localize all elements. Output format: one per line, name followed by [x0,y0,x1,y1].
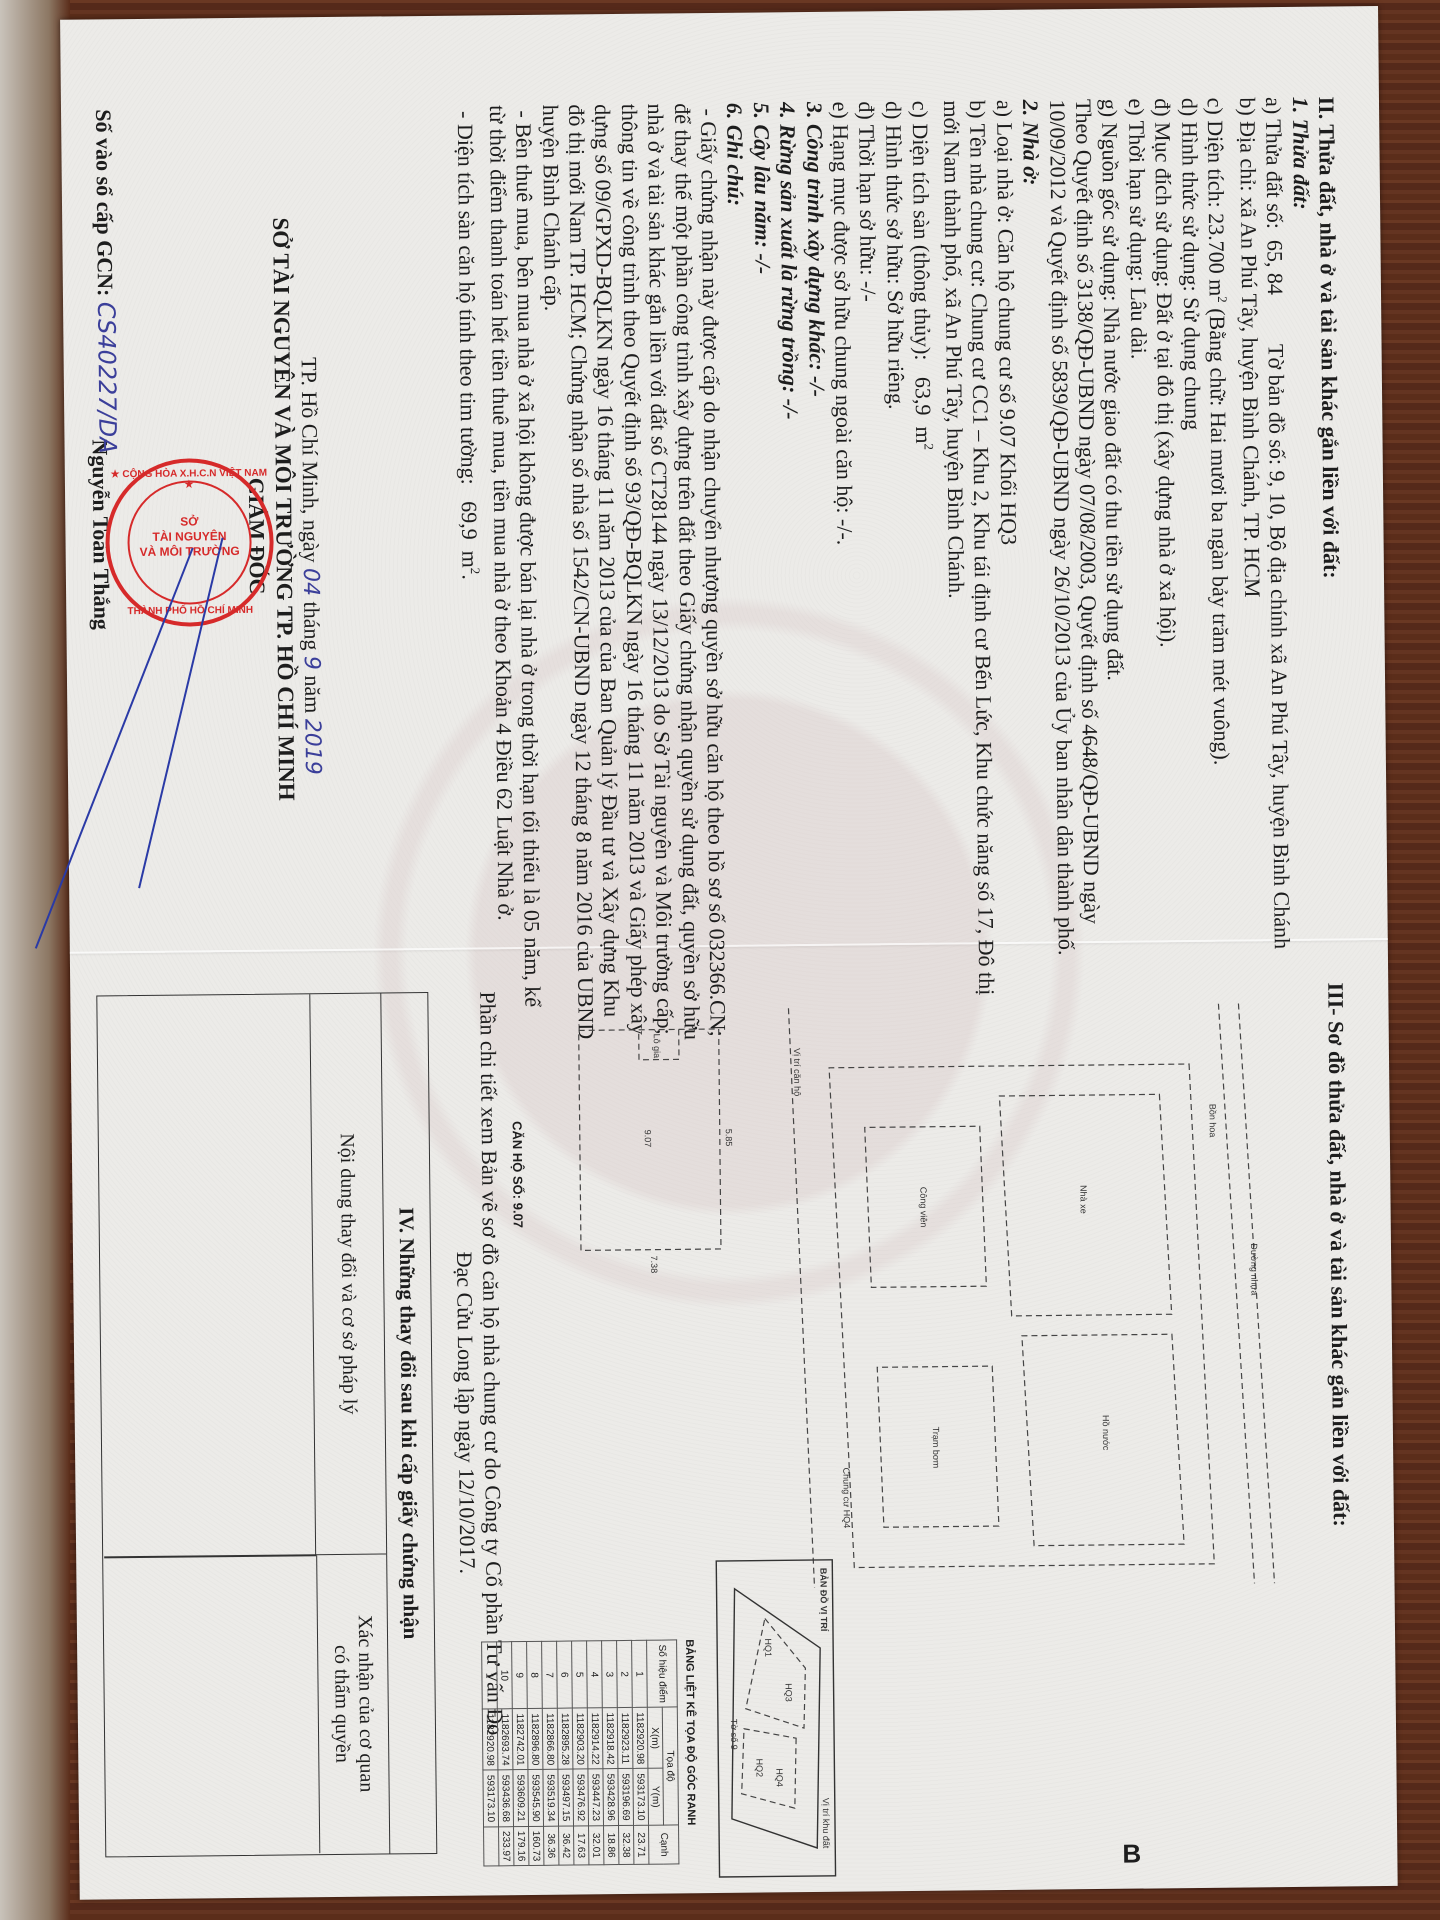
official-red-stamp: ★ CỘNG HÒA X.H.C.N VIỆT NAM ★ SỞ TÀI NGU… [105,458,275,628]
svg-text:HQ1: HQ1 [763,1638,773,1657]
left-page: II. Thửa đất, nhà ở và tài sản khác gắn … [60,6,1388,950]
section-iv-heading: IV. Những thay đổi sau khi cấp giấy chứn… [380,993,436,1853]
coord-row: 71182866.80593519.3436.36 [542,1641,559,1865]
north-arrow-label: B [1122,1838,1141,1869]
section-ii: II. Thửa đất, nhà ở và tài sản khác gắn … [452,96,1348,945]
svg-text:5.85: 5.85 [724,1129,734,1147]
coord-row: 11182920.98593173.1023.71 [632,1640,649,1864]
location-map: HQ1 HQ2 HQ3 HQ4 Tờ số 9 BẢN ĐỒ VỊ TRÍ Vị… [714,1558,837,1879]
section-iii-heading: III- Sơ đồ thửa đất, nhà ở và tài sản kh… [1322,982,1354,1527]
svg-text:HQ3: HQ3 [784,1683,794,1702]
col-change-content: Nội dung thay đổi và cơ sở pháp lý [309,994,386,1556]
floor-background [0,0,70,1920]
svg-text:HQ4: HQ4 [774,1768,784,1787]
coord-row: 31182918.42593428.9618.86 [602,1641,619,1865]
svg-text:Vị trí khu đất: Vị trí khu đất [821,1798,832,1849]
svg-text:Chung cư HQ4: Chung cư HQ4 [841,1468,852,1529]
apartment-number-label: CĂN HỘ SỐ: 9.07 [503,1121,531,1228]
svg-text:Lô gia: Lô gia [652,1034,662,1059]
svg-text:Trạm bơm: Trạm bơm [931,1427,941,1469]
coord-row: 61182895.28593497.1536.42 [557,1641,574,1865]
coord-table: Số hiệu điểm Tọa độ Cạnh X(m) Y(m) 11182… [481,1639,679,1866]
registry-number: CS40227/DA [92,302,122,454]
detail-note-1: Phần chi tiết xem Bản vẽ sơ đồ căn hộ nh… [474,991,508,1735]
land-use-certificate: II. Thửa đất, nhà ở và tài sản khác gắn … [60,6,1398,1900]
svg-text:Công viên: Công viên [918,1187,928,1228]
apartment-floor-plan: 5.85 7.38 Lô gia 9.07 [538,1009,741,1291]
coord-row: 41182914.22593447.2332.01 [587,1641,604,1865]
detail-note-2: Đạc Cửu Long lập ngày 12/10/2017. [451,1252,481,1575]
coord-table-title: BẢNG LIỆT KÊ TỌA ĐỘ GÓC RANH [683,1639,697,1825]
svg-text:Hồ nước: Hồ nước [1101,1415,1111,1451]
coord-row: 101182693.74593436.68233.97 [497,1642,514,1866]
site-plan-drawing: Nhà xe Hồ nước Công viên Trạm bơm Đường … [748,983,1314,1609]
svg-text:7.38: 7.38 [649,1256,659,1274]
coord-row: 51182903.20593476.9217.63 [572,1641,589,1865]
coord-row: 81182896.80593545.90160.73 [527,1641,544,1865]
coord-row: 11182920.98593173.10 [482,1642,499,1866]
sign-year: 2019 [299,719,325,775]
svg-text:Đường nhựa: Đường nhựa [1249,1243,1260,1295]
coord-row: 21182923.11593196.6932.38 [617,1640,634,1864]
svg-text:BẢN ĐỒ VỊ TRÍ: BẢN ĐỒ VỊ TRÍ [818,1568,830,1632]
col-authority-confirmation: Xác nhận của cơ quan có thẩm quyền [316,1554,389,1853]
svg-text:Vị trí căn hộ: Vị trí căn hộ [792,1048,803,1096]
right-page: III- Sơ đồ thửa đất, nhà ở và tài sản kh… [70,942,1398,1900]
coord-row: 91182742.01593609.21179.16 [512,1642,529,1866]
changes-table: IV. Những thay đổi sau khi cấp giấy chứn… [96,992,437,1857]
svg-text:9.07: 9.07 [643,1130,653,1148]
svg-text:Nhà xe: Nhà xe [1078,1185,1088,1214]
notes-lines: - Giấy chứng nhận này được cấp do nhận c… [483,103,729,945]
svg-text:Tờ số 9: Tờ số 9 [729,1719,739,1750]
svg-text:Bồn hoa: Bồn hoa [1207,1104,1217,1138]
sign-month: 9 [299,656,324,670]
svg-text:HQ2: HQ2 [754,1759,764,1778]
sign-day: 04 [298,568,323,596]
